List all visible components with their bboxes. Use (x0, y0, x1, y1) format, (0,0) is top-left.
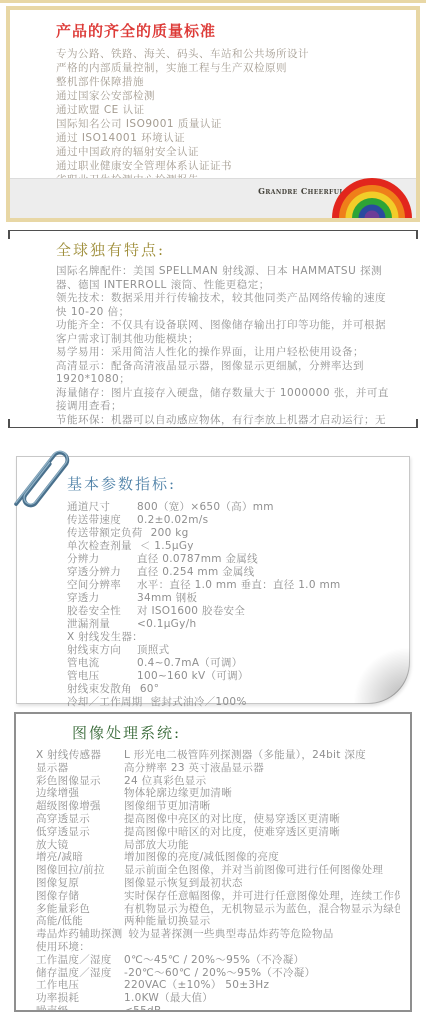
spec-label: X 射线发生器： (67, 631, 143, 644)
spec-row: 低穿透显示 提高图像中暗区的对比度，使难穿透区更清晰 (36, 826, 400, 839)
quality-line: 国际知名公司 ISO9001 质量认证 (56, 117, 390, 131)
spec-row: 射线束发散角 60° (67, 683, 393, 696)
spec-row: 图像回拉/前拉 显示前面全色图像，并对当前图像可进行任何图像处理 (36, 864, 400, 877)
spec-value: 物体轮廓边缘更加清晰 (124, 787, 400, 800)
quality-line: 通过 ISO14001 环境认证 (56, 131, 390, 145)
spec-value: 有机物显示为橙色，无机物显示为蓝色，混合物显示为绿色 (124, 903, 400, 916)
spec-row: 储存温度／湿度 -20℃～60℃ / 20%～95%（不冷凝） (36, 967, 400, 980)
spec-label: 放大镜 (36, 839, 118, 852)
spec-value: 直径 0.0787mm 金属线 (137, 553, 393, 566)
spec-label: 传送带速度 (67, 514, 129, 527)
spec-label: 功率损耗 (36, 992, 118, 1005)
spec-label: 管电压 (67, 670, 129, 683)
spec-row: 分辨力 直径 0.0787mm 金属线 (67, 553, 393, 566)
image-card-title: 图像处理系统: (72, 722, 400, 743)
spec-label: 高能/低能 (36, 915, 118, 928)
spec-row: 胶卷安全性 对 ISO1600 胶卷安全 (67, 605, 393, 618)
spec-label: 泄漏剂量 (67, 618, 129, 631)
spec-label: 边缘增强 (36, 787, 118, 800)
quality-line: 通过国家公安部检测 (56, 89, 390, 103)
spec-row: 噪声级 <55dB (36, 1005, 400, 1012)
spec-row: 功率损耗 1.0KW（最大值） (36, 992, 400, 1005)
spec-row: X 射线发生器： (67, 631, 393, 644)
image-rows: X 射线传感器 L 形光电二极管阵列探测器（多能量），24bit 深度 显示器 … (36, 749, 400, 1012)
spec-label: 高穿透显示 (36, 813, 118, 826)
spec-row: 单次检查剂量 ＜ 1.5μGy (67, 540, 393, 553)
spec-label: 管电流 (67, 657, 129, 670)
features-card-title: 全球独有特点: (56, 239, 390, 260)
spec-value: 800（宽）×650（高）mm (137, 501, 393, 514)
spec-value: 显示前面全色图像，并对当前图像可进行任何图像处理 (124, 864, 400, 877)
spec-label: 射线束方向 (67, 644, 129, 657)
spec-value: 实时保存任意幅图像，并可进行任意图像处理，连续工作保存 (124, 890, 400, 903)
quality-line: 整机部件保障措施 (56, 75, 390, 89)
spec-label: 使用环境： (36, 941, 118, 954)
spec-label: 多能量彩色 (36, 903, 118, 916)
spec-row: 传送带额定负荷 200 kg (67, 527, 393, 540)
spec-label: 彩色图像显示 (36, 775, 118, 788)
brand-footer: Grandre Cheerful Life ♥ (10, 178, 416, 218)
spec-label: 传送带额定负荷 (67, 527, 143, 540)
feature-line: 领先技术：数据采用并行传输技术，较其他同类产品网络传输的速度快 10-20 倍； (56, 292, 390, 319)
spec-label: 穿透力 (67, 592, 129, 605)
spec-row: 图像复原 图像显示恢复到最初状态 (36, 877, 400, 890)
spec-label: 胶卷安全性 (67, 605, 129, 618)
spec-label: 增亮/减暗 (36, 851, 118, 864)
spec-row: X 射线传感器 L 形光电二极管阵列探测器（多能量），24bit 深度 (36, 749, 400, 762)
features-card-lines: 国际名牌配件：美国 SPELLMAN 射线源、日本 HAMMATSU 探测器、德… (56, 265, 390, 428)
feature-line: 节能环保：机器可以自动感应物体，有行李放上机器才启动运行；无物体时静止； (56, 414, 390, 429)
params-card-title: 基本参数指标: (67, 473, 393, 494)
spec-row: 通道尺寸 800（宽）×650（高）mm (67, 501, 393, 514)
spec-label: 显示器 (36, 762, 118, 775)
spec-label: 通道尺寸 (67, 501, 129, 514)
spec-value: 图像细节更加清晰 (124, 800, 400, 813)
spec-label: 储存温度／湿度 (36, 967, 118, 980)
quality-line: 通过中国政府的辐射安全认证 (56, 145, 390, 159)
top-border-strip (0, 0, 426, 3)
spec-label: 工作电压 (36, 979, 118, 992)
feature-line: 国际名牌配件：美国 SPELLMAN 射线源、日本 HAMMATSU 探测器、德… (56, 265, 390, 292)
spec-row: 高穿透显示 提高图像中亮区的对比度，使易穿透区更清晰 (36, 813, 400, 826)
spec-row: 边缘增强 物体轮廓边缘更加清晰 (36, 787, 400, 800)
spec-row: 放大镜 局部放大功能 (36, 839, 400, 852)
spec-value (151, 631, 393, 644)
spec-row: 传送带速度 0.2±0.02m/s (67, 514, 393, 527)
spec-value: 较为显著探测一些典型毒品炸药等危险物品 (128, 928, 400, 941)
spec-row: 管电流 0.4~0.7mA（可调） (67, 657, 393, 670)
spec-value: ＜ 1.5μGy (140, 540, 393, 553)
spec-label: 超级图像增强 (36, 800, 118, 813)
rainbow-icon (332, 174, 412, 218)
spec-label: 单次检查剂量 (67, 540, 132, 553)
quality-card-lines: 专为公路、铁路、海关、码头、车站和公共场所设计 严格的内部质量控制，实施工程与生… (56, 47, 390, 187)
spec-value: -20℃～60℃ / 20%～95%（不冷凝） (124, 967, 400, 980)
spec-row: 工作电压 220VAC（±10%） 50±3Hz (36, 979, 400, 992)
frame-corner-tick (416, 230, 418, 239)
spec-row: 图像存储 实时保存任意幅图像，并可进行任意图像处理，连续工作保存 (36, 890, 400, 903)
quality-line: 严格的内部质量控制，实施工程与生产双检原则 (56, 61, 390, 75)
image-processing-card: 图像处理系统: X 射线传感器 L 形光电二极管阵列探测器（多能量），24bit… (14, 712, 412, 1012)
spec-row: 冷却／工作周期 密封式油冷／100% (67, 696, 393, 709)
spec-label: 分辨力 (67, 553, 129, 566)
spec-label: 图像回拉/前拉 (36, 864, 118, 877)
spec-value: 24 位真彩色显示 (124, 775, 400, 788)
spec-label: X 射线传感器 (36, 749, 118, 762)
spec-value: 1.0KW（最大值） (124, 992, 400, 1005)
spec-row: 彩色图像显示 24 位真彩色显示 (36, 775, 400, 788)
spec-value: 顶照式 (137, 644, 393, 657)
spec-value: <55dB (124, 1005, 400, 1012)
spec-value: 密封式油冷／100% (151, 696, 393, 709)
spec-label: 穿透分辨力 (67, 566, 129, 579)
spec-label: 毒品炸药辅助探测 (36, 928, 122, 941)
spec-label: 冷却／工作周期 (67, 696, 143, 709)
spec-value: 提高图像中暗区的对比度，使难穿透区更清晰 (124, 826, 400, 839)
feature-line: 易学易用：采用简洁人性化的操作界面，让用户轻松使用设备； (56, 346, 390, 360)
spec-row: 超级图像增强 图像细节更加清晰 (36, 800, 400, 813)
quality-line: 专为公路、铁路、海关、码头、车站和公共场所设计 (56, 47, 390, 61)
spec-label: 工作温度／湿度 (36, 954, 118, 967)
quality-line: 通过职业健康安全管理体系认证证书 (56, 159, 390, 173)
spec-row: 毒品炸药辅助探测 较为显著探测一些典型毒品炸药等危险物品 (36, 928, 400, 941)
spec-value: 两种能量切换显示 (124, 915, 400, 928)
spec-row: 射线束方向 顶照式 (67, 644, 393, 657)
params-rows: 通道尺寸 800（宽）×650（高）mm 传送带速度 0.2±0.02m/s 传… (67, 501, 393, 709)
spec-value: 高分辨率 23 英寸液晶显示器 (124, 762, 400, 775)
spec-row: 穿透力 34mm 钢板 (67, 592, 393, 605)
spec-row: 多能量彩色 有机物显示为橙色，无机物显示为蓝色，混合物显示为绿色 (36, 903, 400, 916)
spec-row: 泄漏剂量 <0.1μGy/h (67, 618, 393, 631)
spec-row: 管电压 100~160 kV（可调） (67, 670, 393, 683)
spec-row: 空间分辨率 水平：直径 1.0 mm 垂直：直径 1.0 mm (67, 579, 393, 592)
quality-standards-card: 产品的齐全的质量标准 专为公路、铁路、海关、码头、车站和公共场所设计 严格的内部… (6, 6, 420, 222)
spec-label: 低穿透显示 (36, 826, 118, 839)
spec-value: 34mm 钢板 (137, 592, 393, 605)
spec-value: 60° (140, 683, 393, 696)
spec-value: 直径 0.254 mm 金属线 (137, 566, 393, 579)
spec-label: 噪声级 (36, 1005, 118, 1012)
spec-row: 高能/低能 两种能量切换显示 (36, 915, 400, 928)
spec-label: 空间分辨率 (67, 579, 129, 592)
spec-value: 局部放大功能 (124, 839, 400, 852)
unique-features-card: 全球独有特点: 国际名牌配件：美国 SPELLMAN 射线源、日本 HAMMAT… (8, 230, 418, 428)
feature-line: 高清显示：配备高清液晶显示器，图像显示更细腻，分辨率达到 1920*1080； (56, 360, 390, 387)
frame-corner-tick (416, 419, 418, 428)
spec-row: 显示器 高分辨率 23 英寸液晶显示器 (36, 762, 400, 775)
frame-corner-tick (8, 419, 10, 428)
feature-line: 海量储存：图片直接存入硬盘，储存数量大于 1000000 张，并可直接调用查看； (56, 387, 390, 414)
frame-corner-tick (8, 230, 10, 239)
spec-row: 穿透分辨力 直径 0.254 mm 金属线 (67, 566, 393, 579)
spec-row: 使用环境： (36, 941, 400, 954)
spec-value: 0.4~0.7mA（可调） (137, 657, 393, 670)
spec-value: 对 ISO1600 胶卷安全 (137, 605, 393, 618)
feature-line: 功能齐全：不仅具有设备联网、图像储存输出打印等功能，并可根据客户需求订制其他功能… (56, 319, 390, 346)
quality-card-title: 产品的齐全的质量标准 (56, 20, 416, 41)
quality-line: 通过欧盟 CE 认证 (56, 103, 390, 117)
spec-label: 射线束发散角 (67, 683, 132, 696)
spec-value: L 形光电二极管阵列探测器（多能量），24bit 深度 (124, 749, 400, 762)
spec-value: 提高图像中亮区的对比度，使易穿透区更清晰 (124, 813, 400, 826)
basic-parameters-card: 基本参数指标: 通道尺寸 800（宽）×650（高）mm 传送带速度 0.2±0… (16, 456, 410, 704)
spec-value: 图像显示恢复到最初状态 (124, 877, 400, 890)
spec-value: 水平：直径 1.0 mm 垂直：直径 1.0 mm (137, 579, 393, 592)
spec-row: 工作温度／湿度 0℃～45℃ / 20%～95%（不冷凝） (36, 954, 400, 967)
spec-row: 增亮/减暗 增加图像的亮度/减低图像的亮度 (36, 851, 400, 864)
spec-value: 0.2±0.02m/s (137, 514, 393, 527)
spec-label: 图像复原 (36, 877, 118, 890)
spec-value: 220VAC（±10%） 50±3Hz (124, 979, 400, 992)
spec-value: 0℃～45℃ / 20%～95%（不冷凝） (124, 954, 400, 967)
spec-value: <0.1μGy/h (137, 618, 393, 631)
spec-value: 100~160 kV（可调） (137, 670, 393, 683)
spec-value: 增加图像的亮度/减低图像的亮度 (124, 851, 400, 864)
spec-value: 200 kg (151, 527, 393, 540)
spec-label: 图像存储 (36, 890, 118, 903)
spec-value (124, 941, 400, 954)
